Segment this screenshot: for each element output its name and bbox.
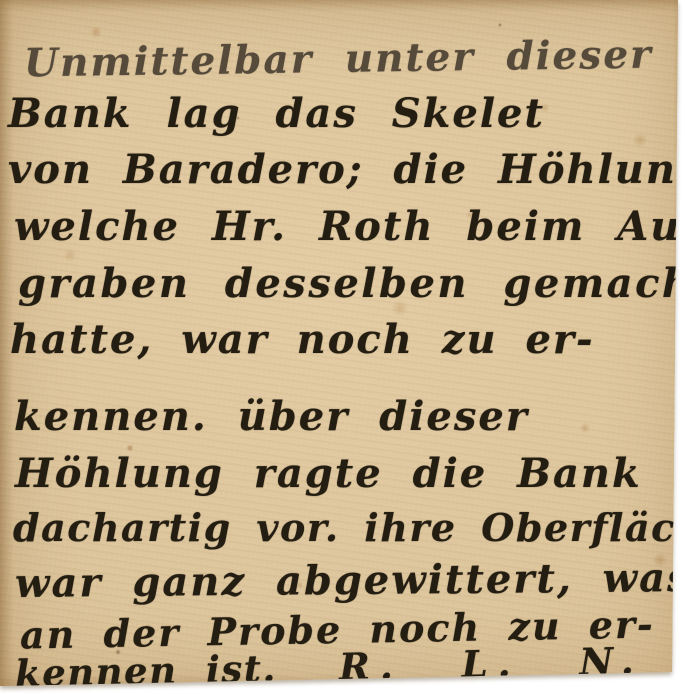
handwritten-line-5: graben desselben gemacht — [18, 260, 685, 307]
handwritten-line-9: dachartig vor. ihre Oberfläche — [13, 505, 685, 550]
handwritten-line-6: hatte, war noch zu er- — [10, 316, 595, 363]
handwritten-line-2: Bank lag das Skelet — [8, 90, 545, 137]
handwritten-line-1: Unmittelbar unter dieser — [24, 32, 653, 87]
handwritten-line-8: Höhlung ragte die Bank — [15, 450, 642, 497]
paper-shadow-wrap: Unmittelbar unter dieser Bank lag das Sk… — [0, 0, 685, 694]
note-paper: Unmittelbar unter dieser Bank lag das Sk… — [0, 0, 685, 694]
handwritten-line-7: kennen. über dieser — [14, 393, 529, 440]
handwritten-line-3: von Baradero; die Höhlung — [8, 146, 685, 193]
handwritten-line-12-text: kennen ist. — [15, 646, 278, 694]
handwritten-line-10: war ganz abgewittert, was — [15, 554, 685, 607]
handwritten-line-4: welche Hr. Roth beim Aus- — [14, 203, 685, 250]
scan-background: Unmittelbar unter dieser Bank lag das Sk… — [0, 0, 685, 694]
signature-initials: R. L. N. — [339, 638, 644, 688]
